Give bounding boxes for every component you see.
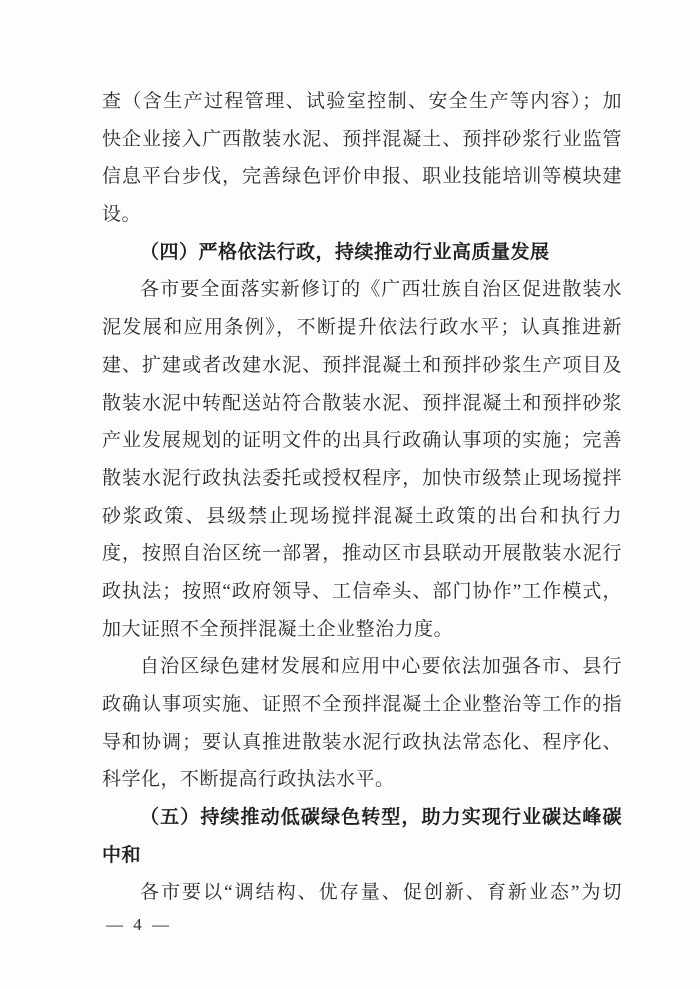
scanned-document-page: 查（含生产过程管理、试验室控制、安全生产等内容）；加 快企业接入广西散装水泥、预… [0, 0, 700, 989]
paragraph-4-line: 各市要以“调结构、优存量、促创新、育新业态”为切 [102, 874, 622, 912]
page-number: — 4 — [106, 913, 172, 937]
section-4-heading: （四）严格依法行政，持续推动行业高质量发展 [102, 234, 622, 272]
paragraph-2-line: 产业发展规划的证明文件的出具行政确认事项的实施；完善 [102, 422, 622, 460]
paragraph-2-line: 政执法；按照“政府领导、工信牵头、部门协作”工作模式， [102, 573, 622, 611]
paragraph-1-line: 快企业接入广西散装水泥、预拌混凝土、预拌砂浆行业监管 [102, 121, 622, 159]
paragraph-1-line: 设。 [102, 196, 622, 234]
paragraph-1-line: 信息平台步伐，完善绿色评价申报、职业技能培训等模块建 [102, 158, 622, 196]
paragraph-2-line: 泥发展和应用条例》，不断提升依法行政水平；认真推进新 [102, 309, 622, 347]
paragraph-3-line: 科学化，不断提高行政执法水平。 [102, 761, 622, 799]
paragraph-2-line: 加大证照不全预拌混凝土企业整治力度。 [102, 611, 622, 649]
paragraph-3-line: 政确认事项实施、证照不全预拌混凝土企业整治等工作的指 [102, 686, 622, 724]
paragraph-2-line: 散装水泥行政执法委托或授权程序，加快市级禁止现场搅拌 [102, 460, 622, 498]
section-5-heading-line: 中和 [102, 837, 622, 875]
paragraph-2-line: 砂浆政策、县级禁止现场搅拌混凝土政策的出台和执行力 [102, 498, 622, 536]
paragraph-2-line: 散装水泥中转配送站符合散装水泥、预拌混凝土和预拌砂浆 [102, 385, 622, 423]
paragraph-2-line: 建、扩建或者改建水泥、预拌混凝土和预拌砂浆生产项目及 [102, 347, 622, 385]
paragraph-1-line: 查（含生产过程管理、试验室控制、安全生产等内容）；加 [102, 83, 622, 121]
paragraph-2-line: 各市要全面落实新修订的《广西壮族自治区促进散装水 [102, 271, 622, 309]
paragraph-3-line: 自治区绿色建材发展和应用中心要依法加强各市、县行 [102, 648, 622, 686]
paragraph-3-line: 导和协调；要认真推进散装水泥行政执法常态化、程序化、 [102, 724, 622, 762]
section-5-heading-line: （五）持续推动低碳绿色转型，助力实现行业碳达峰碳 [102, 799, 622, 837]
paragraph-2-line: 度，按照自治区统一部署，推动区市县联动开展散装水泥行 [102, 535, 622, 573]
document-text-block: 查（含生产过程管理、试验室控制、安全生产等内容）；加 快企业接入广西散装水泥、预… [102, 83, 622, 912]
